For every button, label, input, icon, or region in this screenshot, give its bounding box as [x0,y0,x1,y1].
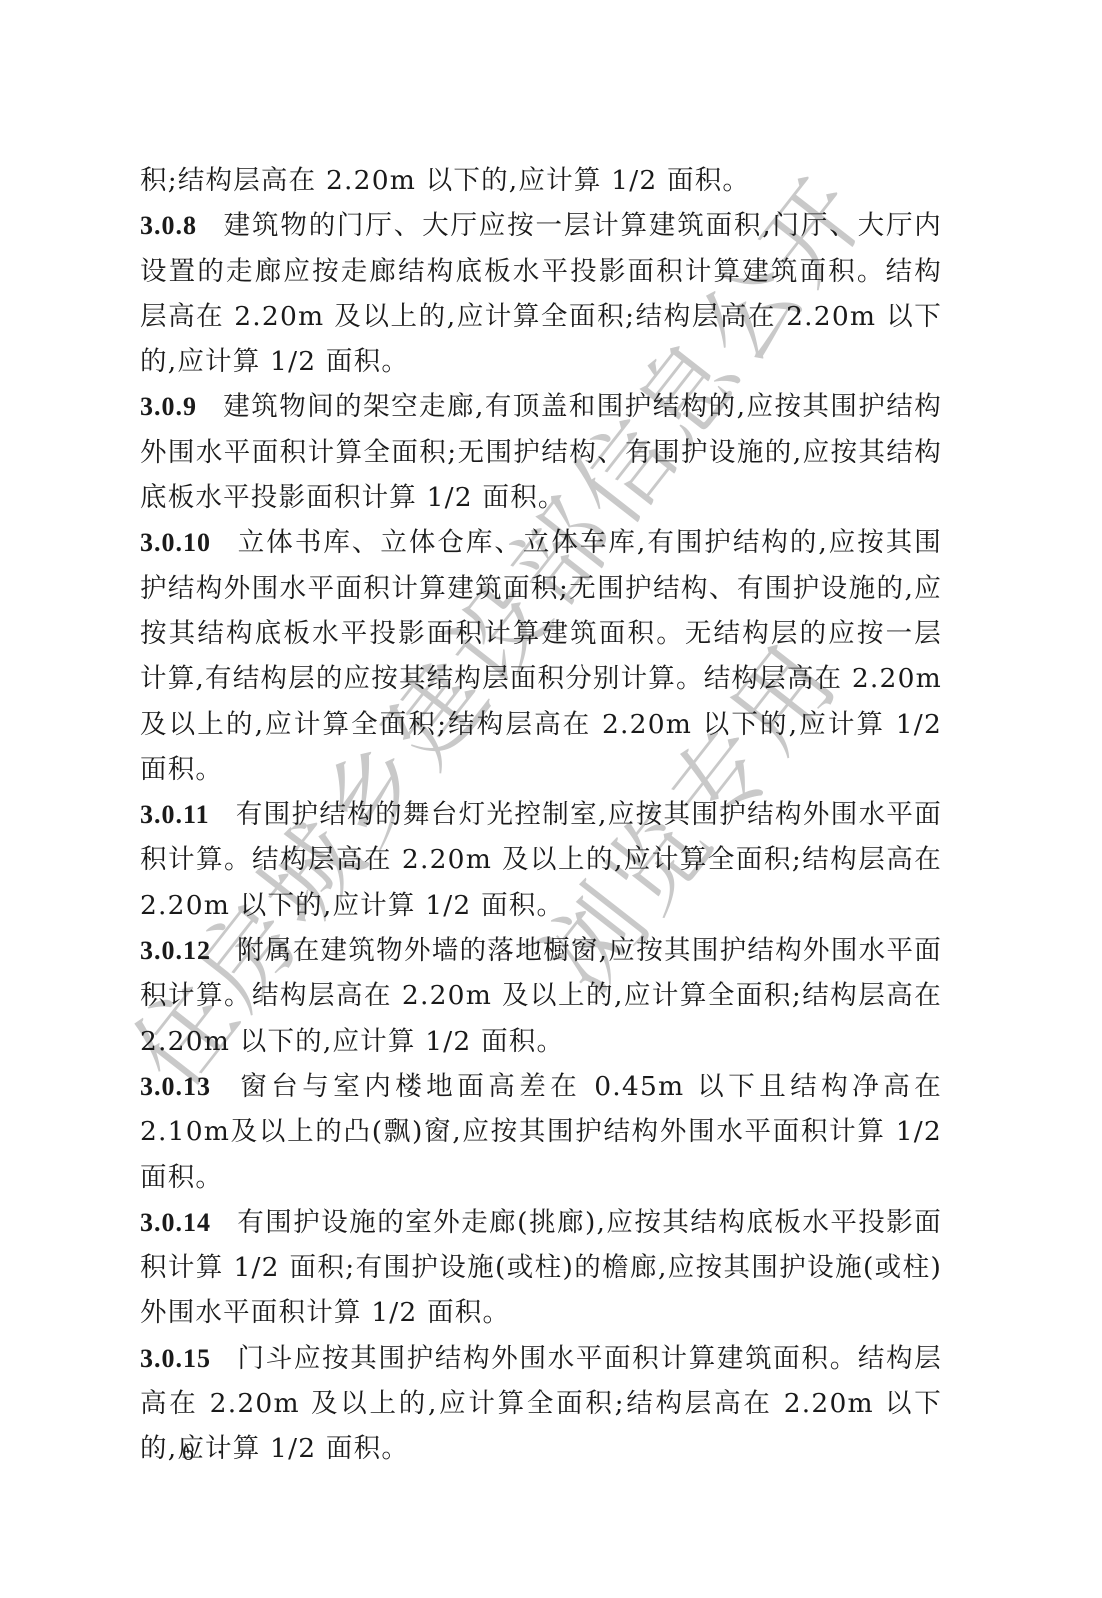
clause-text: 有围护设施的室外走廊(挑廊),应按其结构底板水平投影面积计算 1/2 面积;有围… [140,1207,942,1329]
clause-number: 3.0.12 [140,936,211,965]
continuation-paragraph: 积;结构层高在 2.20m 以下的,应计算 1/2 面积。 [140,158,942,203]
clause-3-0-13: 3.0.13窗台与室内楼地面高差在 0.45m 以下且结构净高在 2.10m及以… [140,1064,942,1200]
clause-number: 3.0.9 [140,392,197,421]
clause-number: 3.0.15 [140,1344,211,1373]
clause-number: 3.0.13 [140,1072,211,1101]
clause-text: 建筑物的门厅、大厅应按一层计算建筑面积,门厅、大厅内设置的走廊应按走廊结构底板水… [140,210,942,377]
document-body: 积;结构层高在 2.20m 以下的,应计算 1/2 面积。 3.0.8建筑物的门… [140,158,942,1472]
clause-text: 建筑物间的架空走廊,有顶盖和围护结构的,应按其围护结构外围水平面积计算全面积;无… [140,391,942,513]
clause-3-0-10: 3.0.10立体书库、立体仓库、立体车库,有围护结构的,应按其围护结构外围水平面… [140,520,942,792]
clause-number: 3.0.14 [140,1208,211,1237]
clause-3-0-11: 3.0.11有围护结构的舞台灯光控制室,应按其围护结构外围水平面积计算。结构层高… [140,792,942,928]
clause-text: 立体书库、立体仓库、立体车库,有围护结构的,应按其围护结构外围水平面积计算建筑面… [140,527,942,784]
clause-text: 有围护结构的舞台灯光控制室,应按其围护结构外围水平面积计算。结构层高在 2.20… [140,799,942,921]
clause-number: 3.0.10 [140,528,211,557]
clause-3-0-12: 3.0.12附属在建筑物外墙的落地橱窗,应按其围护结构外围水平面积计算。结构层高… [140,928,942,1064]
clause-3-0-14: 3.0.14有围护设施的室外走廊(挑廊),应按其结构底板水平投影面积计算 1/2… [140,1200,942,1336]
clause-3-0-9: 3.0.9建筑物间的架空走廊,有顶盖和围护结构的,应按其围护结构外围水平面积计算… [140,384,942,520]
clause-3-0-15: 3.0.15门斗应按其围护结构外围水平面积计算建筑面积。结构层高在 2.20m … [140,1336,942,1472]
clause-number: 3.0.8 [140,211,197,240]
page-number: · 6 · [152,1440,232,1467]
clause-text: 门斗应按其围护结构外围水平面积计算建筑面积。结构层高在 2.20m 及以上的,应… [140,1343,942,1465]
document-page: 住房城乡建设部信息公开 浏览专用 积;结构层高在 2.20m 以下的,应计算 1… [0,0,1102,1598]
clause-number: 3.0.11 [140,800,210,829]
clause-text: 窗台与室内楼地面高差在 0.45m 以下且结构净高在 2.10m及以上的凸(飘)… [140,1071,942,1193]
clause-text: 附属在建筑物外墙的落地橱窗,应按其围护结构外围水平面积计算。结构层高在 2.20… [140,935,942,1057]
clause-3-0-8: 3.0.8建筑物的门厅、大厅应按一层计算建筑面积,门厅、大厅内设置的走廊应按走廊… [140,203,942,384]
